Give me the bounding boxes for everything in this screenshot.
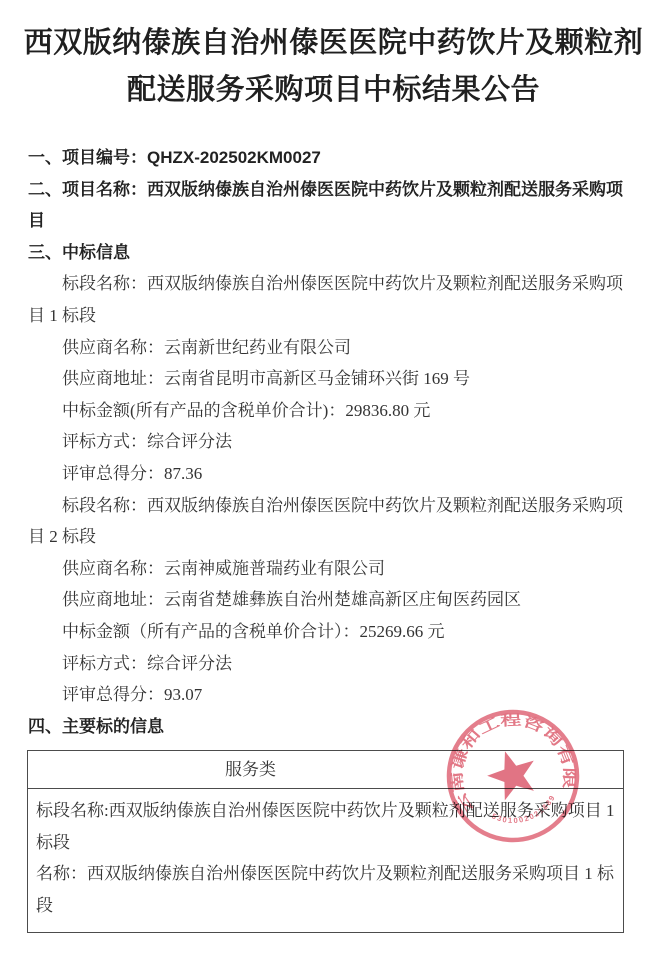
seal-star-icon [482,744,543,803]
lot2-address-label: 供应商地址： [62,590,164,609]
lot1-supplier-label: 供应商名称： [62,338,164,357]
lot2-name: 标段名称：西双版纳傣族自治州傣医医院中药饮片及颗粒剂配送服务采购项目 2 标段 [28,490,639,553]
project-name-label: 二、项目名称： [28,180,147,199]
lot1-score-value: 87.36 [164,464,202,483]
lot1-supplier: 供应商名称：云南新世纪药业有限公司 [28,332,639,364]
lot1-amount-value: 29836.80 元 [345,401,430,420]
lot1-score-label: 评审总得分： [62,464,164,483]
announcement-page: 西双版纳傣族自治州傣医医院中药饮片及颗粒剂 配送服务采购项目中标结果公告 一、项… [0,0,667,960]
section-bid-info-heading: 三、中标信息 [28,237,639,269]
page-title: 西双版纳傣族自治州傣医医院中药饮片及颗粒剂 配送服务采购项目中标结果公告 [0,0,667,114]
lot2-method: 评标方式：综合评分法 [28,648,639,680]
section-project-number: 一、项目编号：QHZX-202502KM0027 [28,142,639,174]
project-number-value: QHZX-202502KM0027 [147,148,321,167]
lot2-amount-label: 中标金额（所有产品的含税单价合计）： [62,622,360,641]
lot1-method: 评标方式：综合评分法 [28,426,639,458]
lot1-amount-label: 中标金额(所有产品的含税单价合计)： [62,401,345,420]
lot2-supplier-label: 供应商名称： [62,559,164,578]
lot1-address-label: 供应商地址： [62,369,164,388]
lot2-amount: 中标金额（所有产品的含税单价合计）：25269.66 元 [28,616,639,648]
company-seal: 云南谦和工程咨询有限公司 5301002021889 [438,701,588,851]
lot2-name-label: 标段名称： [62,496,147,515]
lot2-address: 供应商地址：云南省楚雄彝族自治州楚雄高新区庄甸医药园区 [28,584,639,616]
lot2-method-value: 综合评分法 [147,654,232,673]
lot1-name: 标段名称：西双版纳傣族自治州傣医医院中药饮片及颗粒剂配送服务采购项目 1 标段 [28,268,639,331]
lot2-supplier-value: 云南神威施普瑞药业有限公司 [164,559,385,578]
lot1-method-label: 评标方式： [62,432,147,451]
page-title-line2: 配送服务采购项目中标结果公告 [0,67,667,114]
table-row: 名称：西双版纳傣族自治州傣医医院中药饮片及颗粒剂配送服务采购项目 1 标段 [36,858,615,921]
lot1-address-value: 云南省昆明市高新区马金铺环兴街 169 号 [164,369,470,388]
lot1-amount: 中标金额(所有产品的含税单价合计)：29836.80 元 [28,395,639,427]
lot2-score-value: 93.07 [164,685,202,704]
lot1-address: 供应商地址：云南省昆明市高新区马金铺环兴街 169 号 [28,363,639,395]
project-number-label: 一、项目编号： [28,148,147,167]
lot1-method-value: 综合评分法 [147,432,232,451]
lot1-score: 评审总得分：87.36 [28,458,639,490]
lot2-address-value: 云南省楚雄彝族自治州楚雄高新区庄甸医药园区 [164,590,521,609]
lot2-score-label: 评审总得分： [62,685,164,704]
lot2-supplier: 供应商名称：云南神威施普瑞药业有限公司 [28,553,639,585]
page-title-line1: 西双版纳傣族自治州傣医医院中药饮片及颗粒剂 [0,20,667,67]
lot1-supplier-value: 云南新世纪药业有限公司 [164,338,351,357]
section-project-name: 二、项目名称：西双版纳傣族自治州傣医医院中药饮片及颗粒剂配送服务采购项目 [28,174,639,237]
lot1-name-label: 标段名称： [62,274,147,293]
lot2-amount-value: 25269.66 元 [360,622,445,641]
lot2-method-label: 评标方式： [62,654,147,673]
